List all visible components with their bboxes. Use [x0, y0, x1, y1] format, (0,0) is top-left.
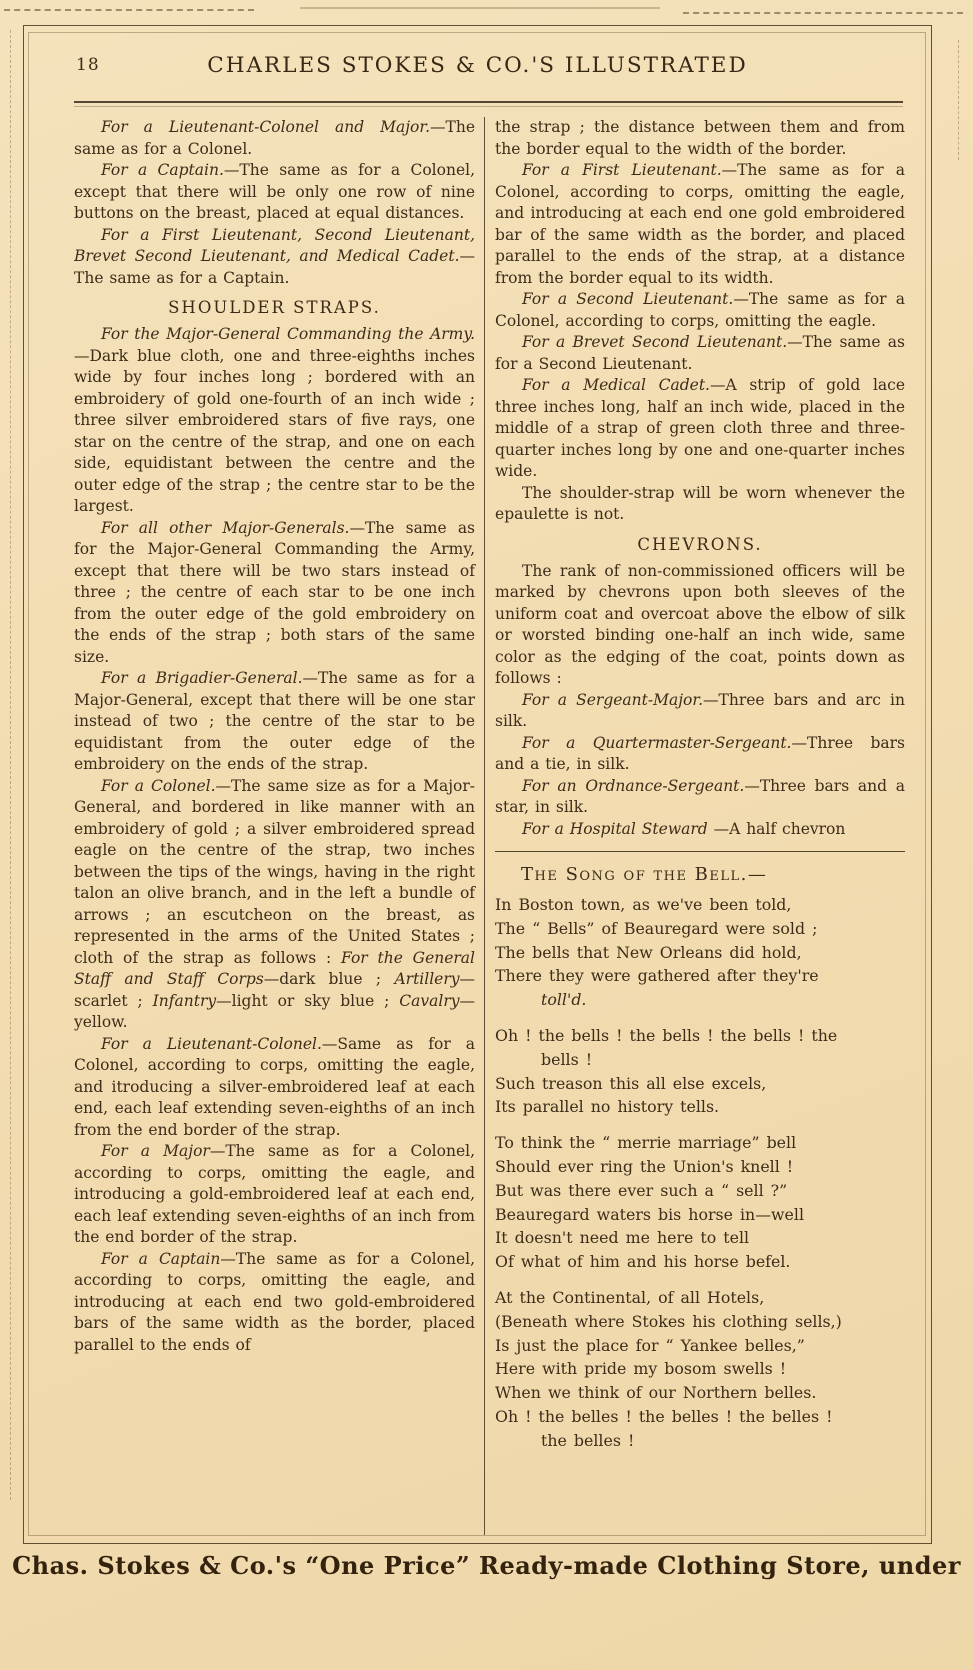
scan-artifact-line [300, 7, 660, 9]
footer-banner: Chas. Stokes & Co.'s “One Price” Ready-m… [0, 1551, 973, 1580]
page-number: 18 [76, 55, 100, 75]
page-border-frame: 18 CHARLES STOKES & CO.'S ILLUSTRATED Fo… [23, 25, 932, 1544]
scan-artifact-line [683, 12, 963, 14]
page-header: 18 CHARLES STOKES & CO.'S ILLUSTRATED [24, 39, 931, 87]
scan-artifact-line [958, 40, 959, 160]
page-border-inner-line [28, 32, 926, 1536]
scan-artifact-line [4, 9, 254, 11]
scan-artifact-page-edge [10, 30, 11, 1500]
page-title: CHARLES STOKES & CO.'S ILLUSTRATED [24, 39, 931, 78]
footer-text: Chas. Stokes & Co.'s “One Price” Ready-m… [12, 1551, 961, 1580]
